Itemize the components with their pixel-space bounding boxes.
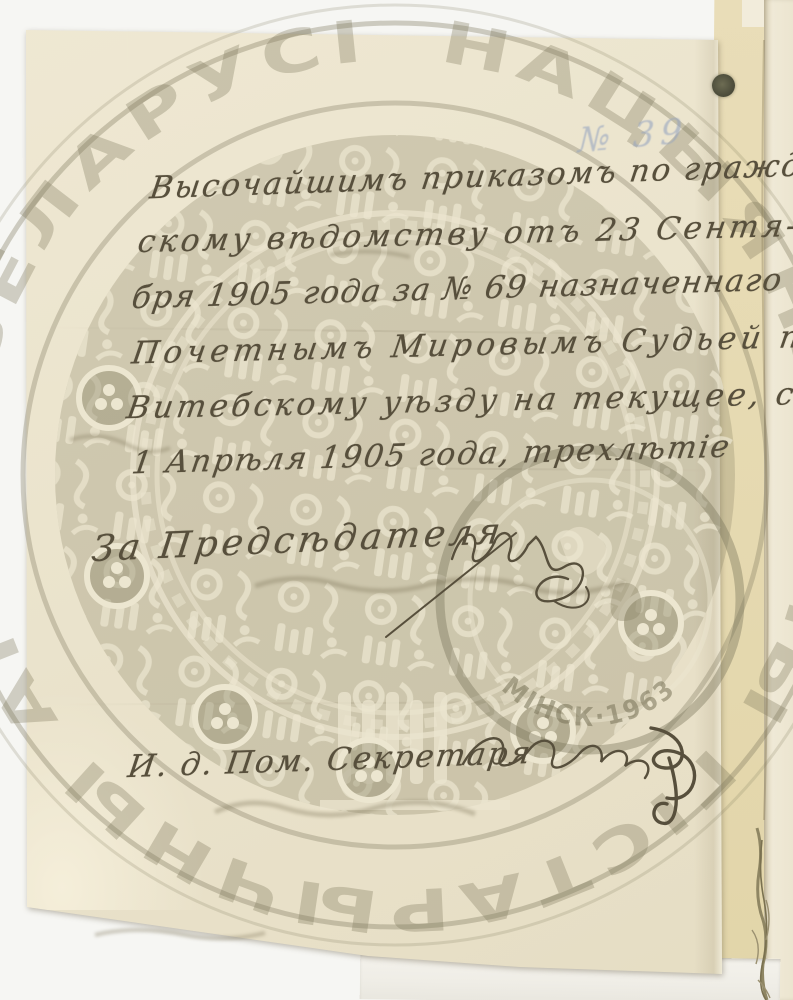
crease-line <box>40 326 710 335</box>
document-scan: НАЦЫЯНАЛЬНЫ ГІСТАРЫЧНЫ АРХІЎ БЕЛАРУСІ МІ… <box>0 0 793 1000</box>
paper-fold-shade <box>694 36 722 974</box>
paper-shadow <box>0 0 793 1000</box>
paper-sheet <box>0 0 793 1000</box>
crease-line <box>280 466 720 471</box>
paper-corner-highlight <box>26 690 206 910</box>
